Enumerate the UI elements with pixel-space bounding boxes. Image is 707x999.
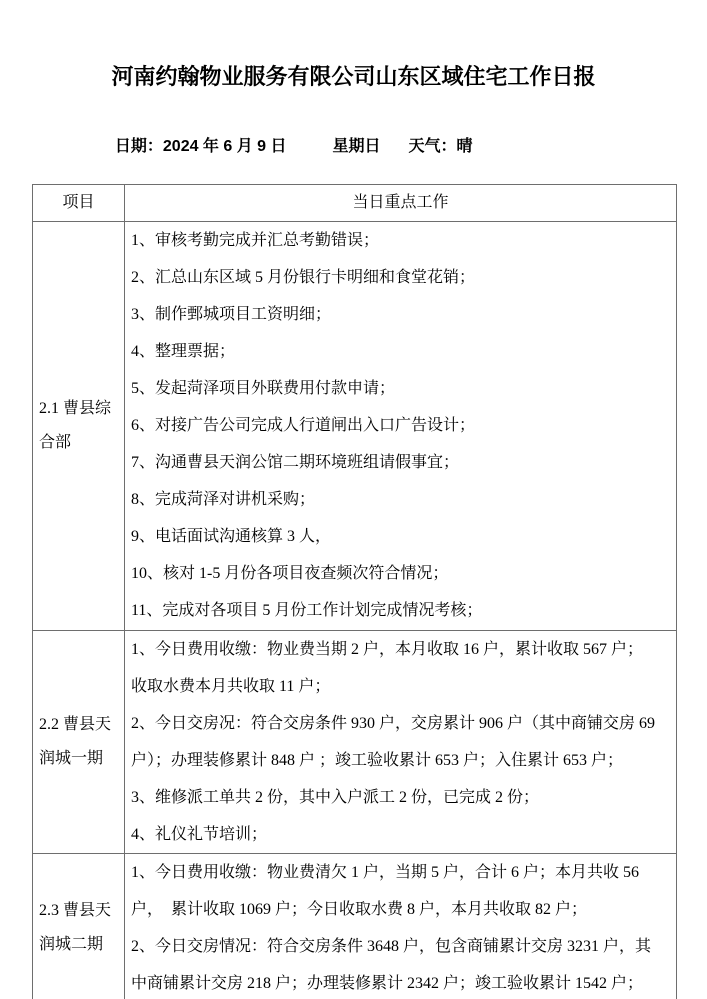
header-cell-project: 项目 — [33, 185, 125, 222]
page-title: 河南约翰物业服务有限公司山东区域住宅工作日报 — [0, 0, 707, 92]
work-item: 3、维修派工单共 2 份，其中入户派工 2 份，已完成 2 份； — [131, 779, 658, 816]
work-item: 2、今日交房况：符合交房条件 930 户，交房累计 906 户（其中商铺交房 6… — [131, 705, 658, 779]
project-cell: 2.1 曹县综合部 — [33, 222, 125, 631]
date-line: 日期：2024 年 6 月 9 日星期日天气：晴 — [106, 111, 707, 159]
table-row: 2.2 曹县天润城一期1、今日费用收缴：物业费当期 2 户，本月收取 16 户，… — [33, 631, 677, 854]
work-item: 10、核对 1-5 月份各项目夜查频次符合情况； — [131, 555, 658, 592]
work-items-cell: 1、今日费用收缴：物业费当期 2 户，本月收取 16 户，累计收取 567 户；… — [125, 631, 677, 854]
work-item: 7、沟通曹县天润公馆二期环境班组请假事宜； — [131, 444, 658, 481]
weekday-field: 星期日 — [333, 138, 381, 155]
work-item: 8、完成菏泽对讲机采购； — [131, 481, 658, 518]
project-cell: 2.3 曹县天润城二期 — [33, 854, 125, 999]
work-item: 3、制作鄄城项目工资明细； — [131, 296, 658, 333]
table-header-row: 项目 当日重点工作 — [33, 185, 677, 222]
work-item: 5、发起菏泽项目外联费用付款申请； — [131, 370, 658, 407]
work-item: 9、电话面试沟通核算 3 人， — [131, 518, 658, 555]
work-items-cell: 1、今日费用收缴：物业费清欠 1 户，当期 5 户，合计 6 户；本月共收 56… — [125, 854, 677, 999]
work-item: 2、今日交房情况：符合交房条件 3648 户，包含商铺累计交房 3231 户，其… — [131, 928, 658, 999]
table-row: 2.3 曹县天润城二期1、今日费用收缴：物业费清欠 1 户，当期 5 户，合计 … — [33, 854, 677, 999]
project-cell: 2.2 曹县天润城一期 — [33, 631, 125, 854]
work-item: 2、汇总山东区域 5 月份银行卡明细和食堂花销； — [131, 259, 658, 296]
work-item: 4、整理票据； — [131, 333, 658, 370]
work-item: 6、对接广告公司完成人行道闸出入口广告设计； — [131, 407, 658, 444]
work-item: 1、审核考勤完成并汇总考勤错误； — [131, 222, 658, 259]
work-item: 4、礼仪礼节培训； — [131, 816, 658, 853]
work-item: 1、今日费用收缴：物业费当期 2 户，本月收取 16 户，累计收取 567 户；… — [131, 631, 658, 705]
weather-field: 天气：晴 — [409, 138, 473, 155]
work-items-cell: 1、审核考勤完成并汇总考勤错误；2、汇总山东区域 5 月份银行卡明细和食堂花销；… — [125, 222, 677, 631]
work-item: 11、完成对各项目 5 月份工作计划完成情况考核； — [131, 592, 658, 629]
date-field: 日期：2024 年 6 月 9 日 — [115, 138, 287, 155]
table-row: 2.1 曹县综合部1、审核考勤完成并汇总考勤错误；2、汇总山东区域 5 月份银行… — [33, 222, 677, 631]
daily-report-table: 项目 当日重点工作 2.1 曹县综合部1、审核考勤完成并汇总考勤错误；2、汇总山… — [32, 184, 677, 999]
header-cell-work: 当日重点工作 — [125, 185, 677, 222]
work-item: 1、今日费用收缴：物业费清欠 1 户，当期 5 户，合计 6 户；本月共收 56… — [131, 854, 658, 928]
